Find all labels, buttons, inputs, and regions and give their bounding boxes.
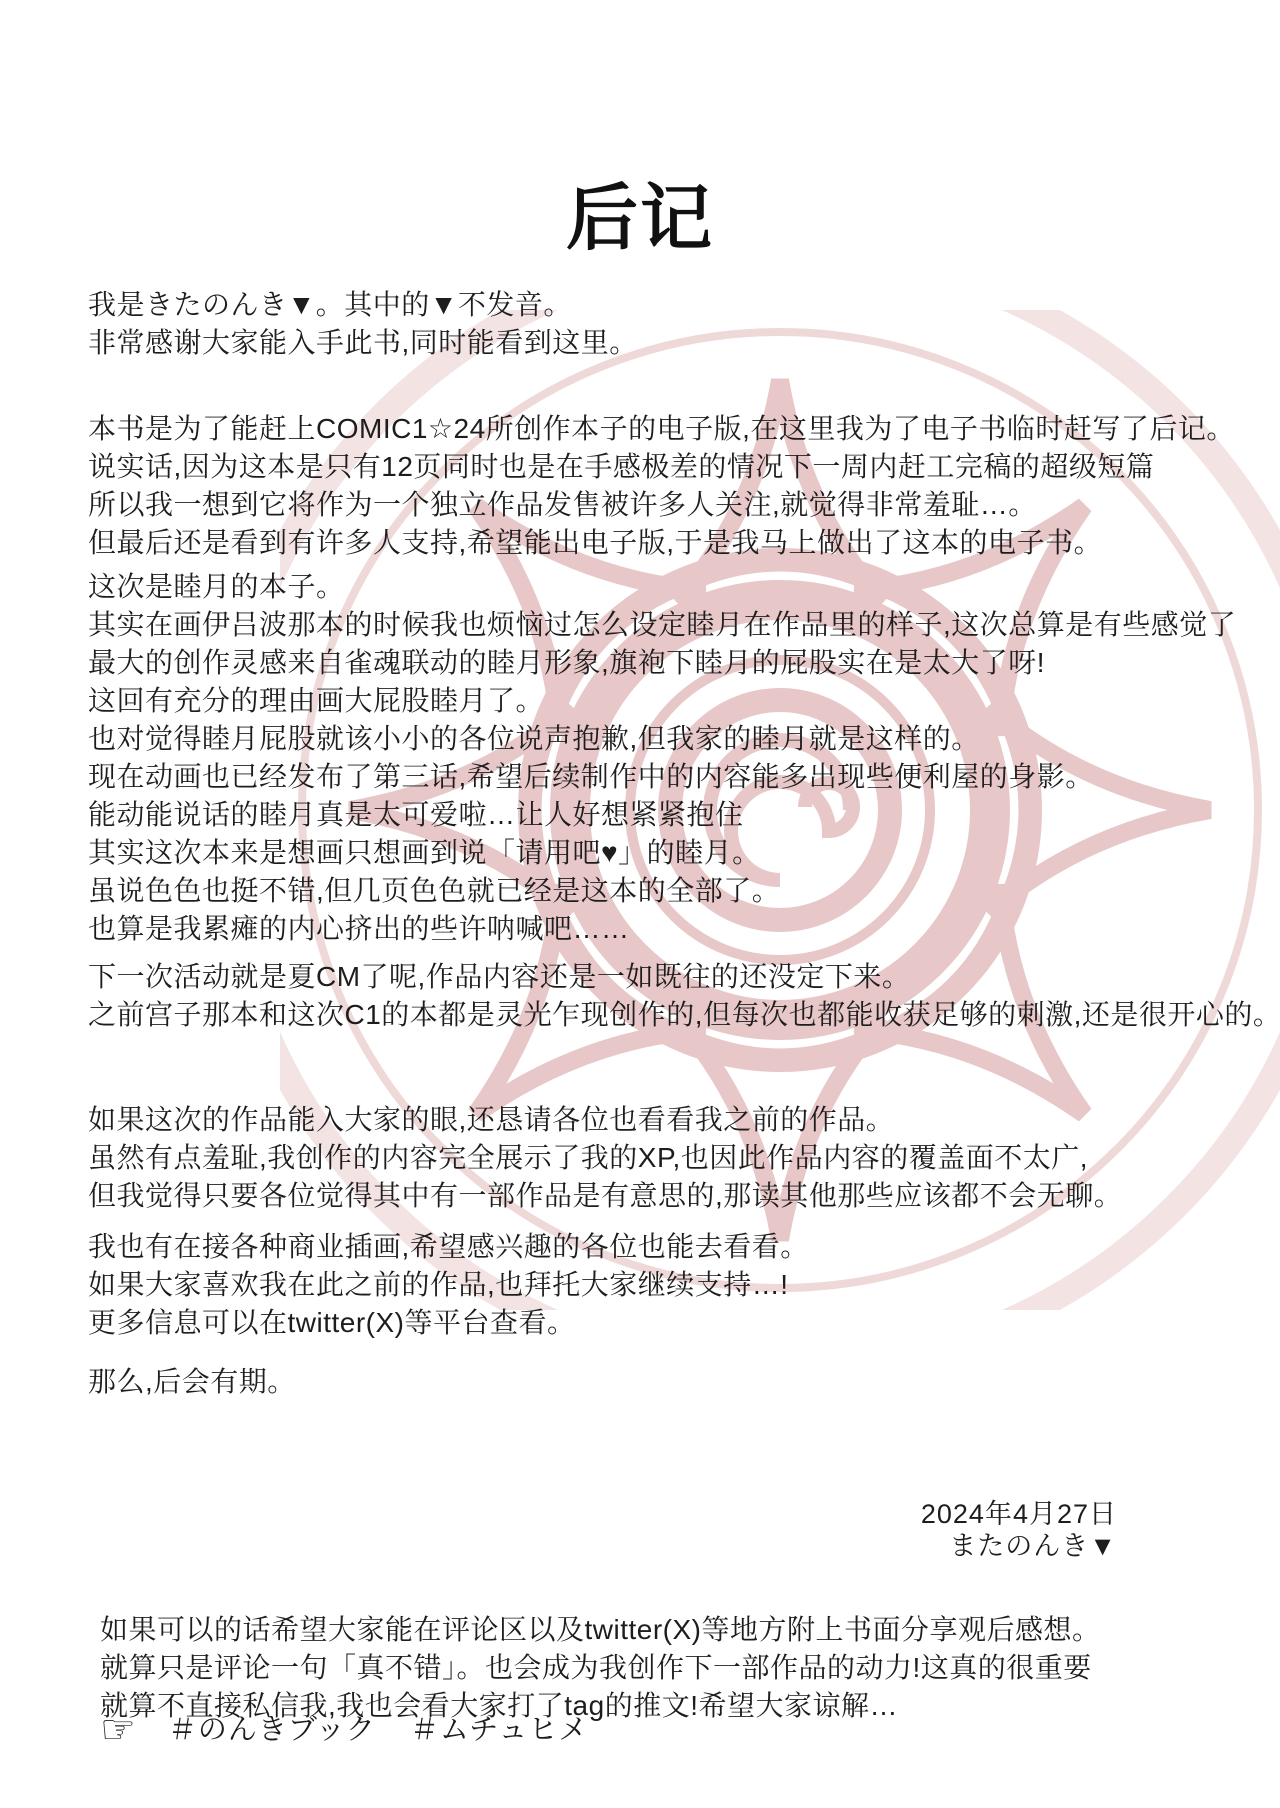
text-line: 说实话,因为这本是只有12页同时也是在手感极差的情况下一周内赶工完稿的超级短篇 xyxy=(88,448,1235,486)
text-line: 其实这次本来是想画只想画到说「请用吧♥」的睦月。 xyxy=(88,834,1236,872)
paragraph-intro: 我是きたのんき▼。其中的▼不发音。非常感谢大家能入手此书,同时能看到这里。 xyxy=(88,286,638,362)
paragraph-previous-works: 如果这次的作品能入大家的眼,还恳请各位也看看我之前的作品。虽然有点羞耻,我创作的… xyxy=(88,1101,1122,1215)
pointing-hand-icon: ☞ xyxy=(100,1710,136,1750)
text-line: 这回有充分的理由画大屁股睦月了。 xyxy=(88,682,1236,720)
text-line: 但我觉得只要各位觉得其中有一部作品是有意思的,那读其他那些应该都不会无聊。 xyxy=(88,1177,1122,1215)
text-line: 我也有在接各种商业插画,希望感兴趣的各位也能去看看。 xyxy=(88,1228,809,1266)
text-line: 但最后还是看到有许多人支持,希望能出电子版,于是我马上做出了这本的电子书。 xyxy=(88,524,1235,562)
text-line: 能动能说话的睦月真是太可爱啦…让人好想紧紧抱住 xyxy=(88,796,1236,834)
afterword-page: 后记 我是きたのんき▼。其中的▼不发音。非常感谢大家能入手此书,同时能看到这里。… xyxy=(0,0,1280,1808)
text-line: 虽说色色也挺不错,但几页色色就已经是这本的全部了。 xyxy=(88,872,1236,910)
text-line: 之前宫子那本和这次C1的本都是灵光乍现创作的,但每次也都能收获足够的刺激,还是很… xyxy=(88,996,1280,1034)
text-line: 这次是睦月的本子。 xyxy=(88,568,1236,606)
page-title: 后记 xyxy=(0,176,1280,262)
hashtag: ＃のんきブック xyxy=(168,1710,376,1750)
text-line: 也对觉得睦月屁股就该小小的各位说声抱歉,但我家的睦月就是这样的。 xyxy=(88,720,1236,758)
text-line: 下一次活动就是夏CM了呢,作品内容还是一如既往的还没定下来。 xyxy=(88,958,1280,996)
text-line: 其实在画伊吕波那本的时候我也烦恼过怎么设定睦月在作品里的样子,这次总算是有些感觉… xyxy=(88,606,1236,644)
hashtag-list: ＃のんきブック＃ムチュヒメ xyxy=(168,1710,623,1750)
text-line: 最大的创作灵感来自雀魂联动的睦月形象,旗袍下睦月的屁股实在是太大了呀! xyxy=(88,644,1236,682)
text-line: 也算是我累瘫的内心挤出的些许呐喊吧…… xyxy=(88,910,1236,948)
paragraph-book-release: 本书是为了能赶上COMIC1☆24所创作本子的电子版,在这里我为了电子书临时赶写… xyxy=(88,410,1235,562)
text-line: 如果可以的话希望大家能在评论区以及twitter(X)等地方附上书面分享观后感想… xyxy=(100,1611,1101,1649)
hashtag: ＃ムチュヒメ xyxy=(410,1710,589,1750)
signoff-signature: またのんき▼ xyxy=(921,1530,1117,1562)
text-line: 本书是为了能赶上COMIC1☆24所创作本子的电子版,在这里我为了电子书临时赶写… xyxy=(88,410,1235,448)
text-line: 非常感谢大家能入手此书,同时能看到这里。 xyxy=(88,324,638,362)
text-line: 就算只是评论一句「真不错」。也会成为我创作下一部作品的动力!这真的很重要 xyxy=(100,1649,1101,1687)
text-line: 我是きたのんき▼。其中的▼不发音。 xyxy=(88,286,638,324)
text-line: 虽然有点羞耻,我创作的内容完全展示了我的XP,也因此作品内容的覆盖面不太广, xyxy=(88,1139,1122,1177)
paragraph-farewell: 那么,后会有期。 xyxy=(88,1363,296,1401)
text-line: 如果这次的作品能入大家的眼,还恳请各位也看看我之前的作品。 xyxy=(88,1101,1122,1139)
text-line: 如果大家喜欢我在此之前的作品,也拜托大家继续支持…! xyxy=(88,1266,809,1304)
text-line: 更多信息可以在twitter(X)等平台查看。 xyxy=(88,1304,809,1342)
signoff-date: 2024年4月27日 xyxy=(921,1498,1117,1530)
paragraph-mutsuki: 这次是睦月的本子。其实在画伊吕波那本的时候我也烦恼过怎么设定睦月在作品里的样子,… xyxy=(88,568,1236,948)
paragraph-next-event: 下一次活动就是夏CM了呢,作品内容还是一如既往的还没定下来。之前宫子那本和这次C… xyxy=(88,958,1280,1034)
paragraph-postscript: 如果可以的话希望大家能在评论区以及twitter(X)等地方附上书面分享观后感想… xyxy=(100,1611,1101,1725)
text-line: 现在动画也已经发布了第三话,希望后续制作中的内容能多出现些便利屋的身影。 xyxy=(88,758,1236,796)
text-line: 所以我一想到它将作为一个独立作品发售被许多人关注,就觉得非常羞耻…。 xyxy=(88,486,1235,524)
text-line: 那么,后会有期。 xyxy=(88,1363,296,1401)
hashtag-line: ☞ ＃のんきブック＃ムチュヒメ xyxy=(100,1710,622,1750)
signoff-block: 2024年4月27日 またのんき▼ xyxy=(921,1498,1117,1562)
paragraph-commercial: 我也有在接各种商业插画,希望感兴趣的各位也能去看看。如果大家喜欢我在此之前的作品… xyxy=(88,1228,809,1342)
